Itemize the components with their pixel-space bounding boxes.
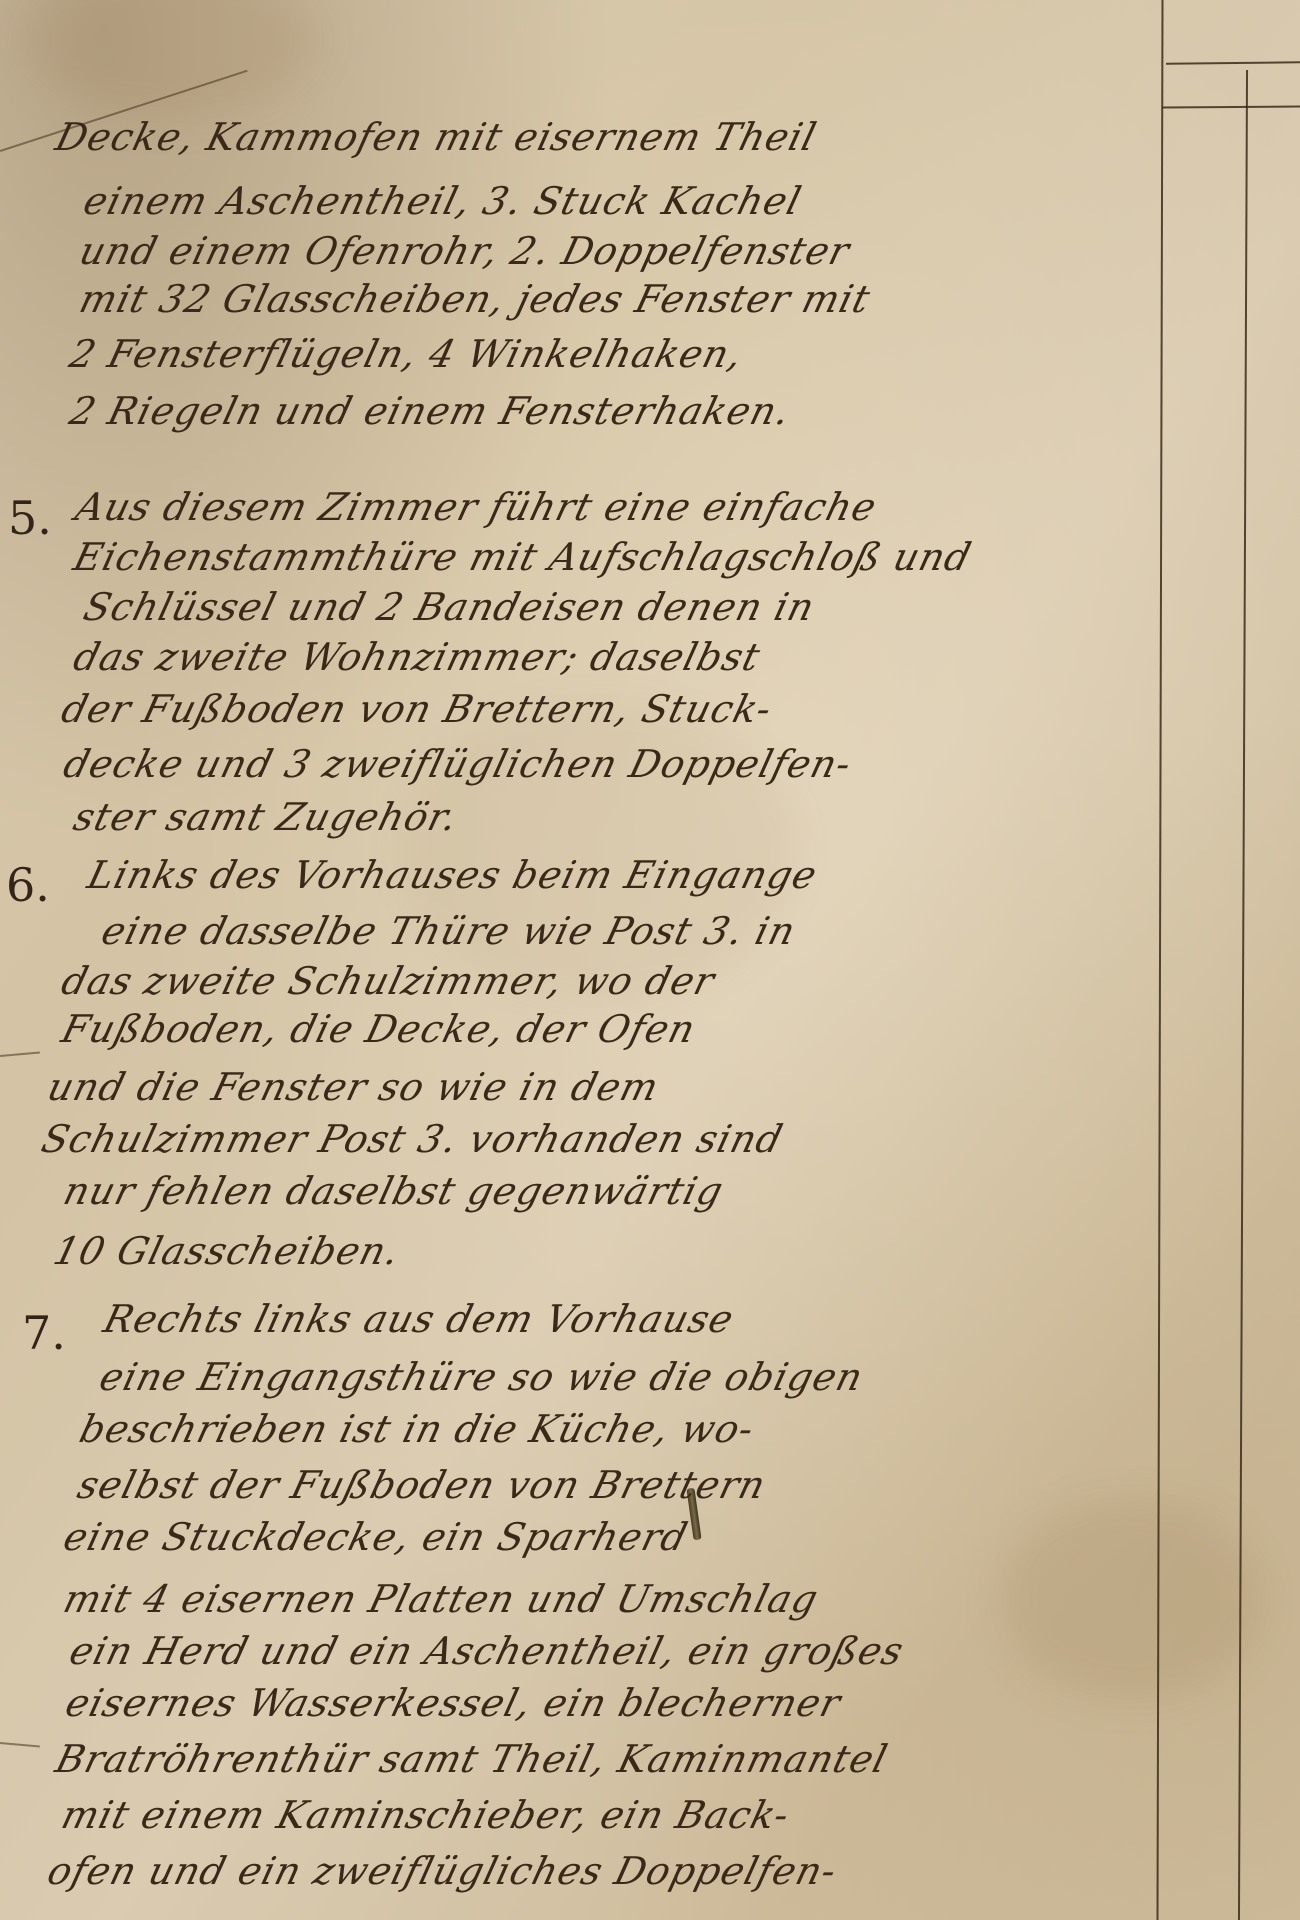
text-line: einem Aschentheil, 3. Stuck Kachel xyxy=(80,182,805,220)
text-line: ster samt Zugehör. xyxy=(70,798,462,836)
text-line: decke und 3 zweiflüglichen Doppelfen- xyxy=(60,745,856,783)
text-line: Fußboden, die Decke, der Ofen xyxy=(58,1010,700,1048)
text-line: und einem Ofenrohr, 2. Doppelfenster xyxy=(76,232,854,270)
text-line: 10 Glasscheiben. xyxy=(50,1232,404,1270)
text-line: eine Eingangsthüre so wie die obigen xyxy=(96,1358,867,1396)
document-page: Decke, Kammofen mit eisernem Theil einem… xyxy=(0,0,1300,1920)
handwritten-body: Decke, Kammofen mit eisernem Theil einem… xyxy=(0,0,1160,1920)
text-line: ofen und ein zweiflügliches Doppelfen- xyxy=(44,1852,841,1890)
text-line: der Fußboden von Brettern, Stuck- xyxy=(58,690,776,728)
text-line: Schulzimmer Post 3. vorhanden sind xyxy=(38,1120,787,1158)
item-number: 6. xyxy=(6,862,50,908)
text-line: Decke, Kammofen mit eisernem Theil xyxy=(52,118,821,156)
text-line: eine Stuckdecke, ein Sparherd xyxy=(60,1518,692,1556)
text-line: das zweite Wohnzimmer; daselbst xyxy=(70,638,764,676)
text-line: eine dasselbe Thüre wie Post 3. in xyxy=(98,912,800,950)
text-line: Eichenstammthüre mit Aufschlagschloß und xyxy=(70,538,975,576)
text-line: mit 32 Glasscheiben, jedes Fenster mit xyxy=(76,280,874,318)
text-line: Rechts links aus dem Vorhause xyxy=(100,1300,738,1338)
text-line: mit einem Kaminschieber, ein Back- xyxy=(58,1796,794,1834)
text-line: Bratröhrenthür samt Theil, Kaminmantel xyxy=(52,1740,892,1778)
item-number: 5. xyxy=(8,495,52,541)
text-line: 2 Riegeln und einem Fensterhaken. xyxy=(66,392,794,430)
text-line: Aus diesem Zimmer führt eine einfache xyxy=(72,488,881,526)
margin-header-rule-top xyxy=(1166,61,1300,64)
text-line: mit 4 eisernen Platten und Umschlag xyxy=(60,1580,822,1618)
item-number: 7. xyxy=(22,1310,66,1356)
text-line: eisernes Wasserkessel, ein blecherner xyxy=(62,1684,845,1722)
margin-header-rule-bottom xyxy=(1162,106,1300,109)
text-line: Links des Vorhauses beim Eingange xyxy=(84,856,821,894)
text-line: beschrieben ist in die Küche, wo- xyxy=(76,1410,758,1448)
text-line: nur fehlen daselbst gegenwärtig xyxy=(60,1172,727,1210)
text-line: 2 Fensterflügeln, 4 Winkelhaken, xyxy=(66,335,747,373)
text-line: das zweite Schulzimmer, wo der xyxy=(58,962,719,1000)
text-line: ein Herd und ein Aschentheil, ein großes xyxy=(66,1632,908,1670)
text-line: selbst der Fußboden von Brettern xyxy=(74,1466,770,1504)
text-line: Schlüssel und 2 Bandeisen denen in xyxy=(80,588,819,626)
text-line: und die Fenster so wie in dem xyxy=(44,1068,663,1106)
